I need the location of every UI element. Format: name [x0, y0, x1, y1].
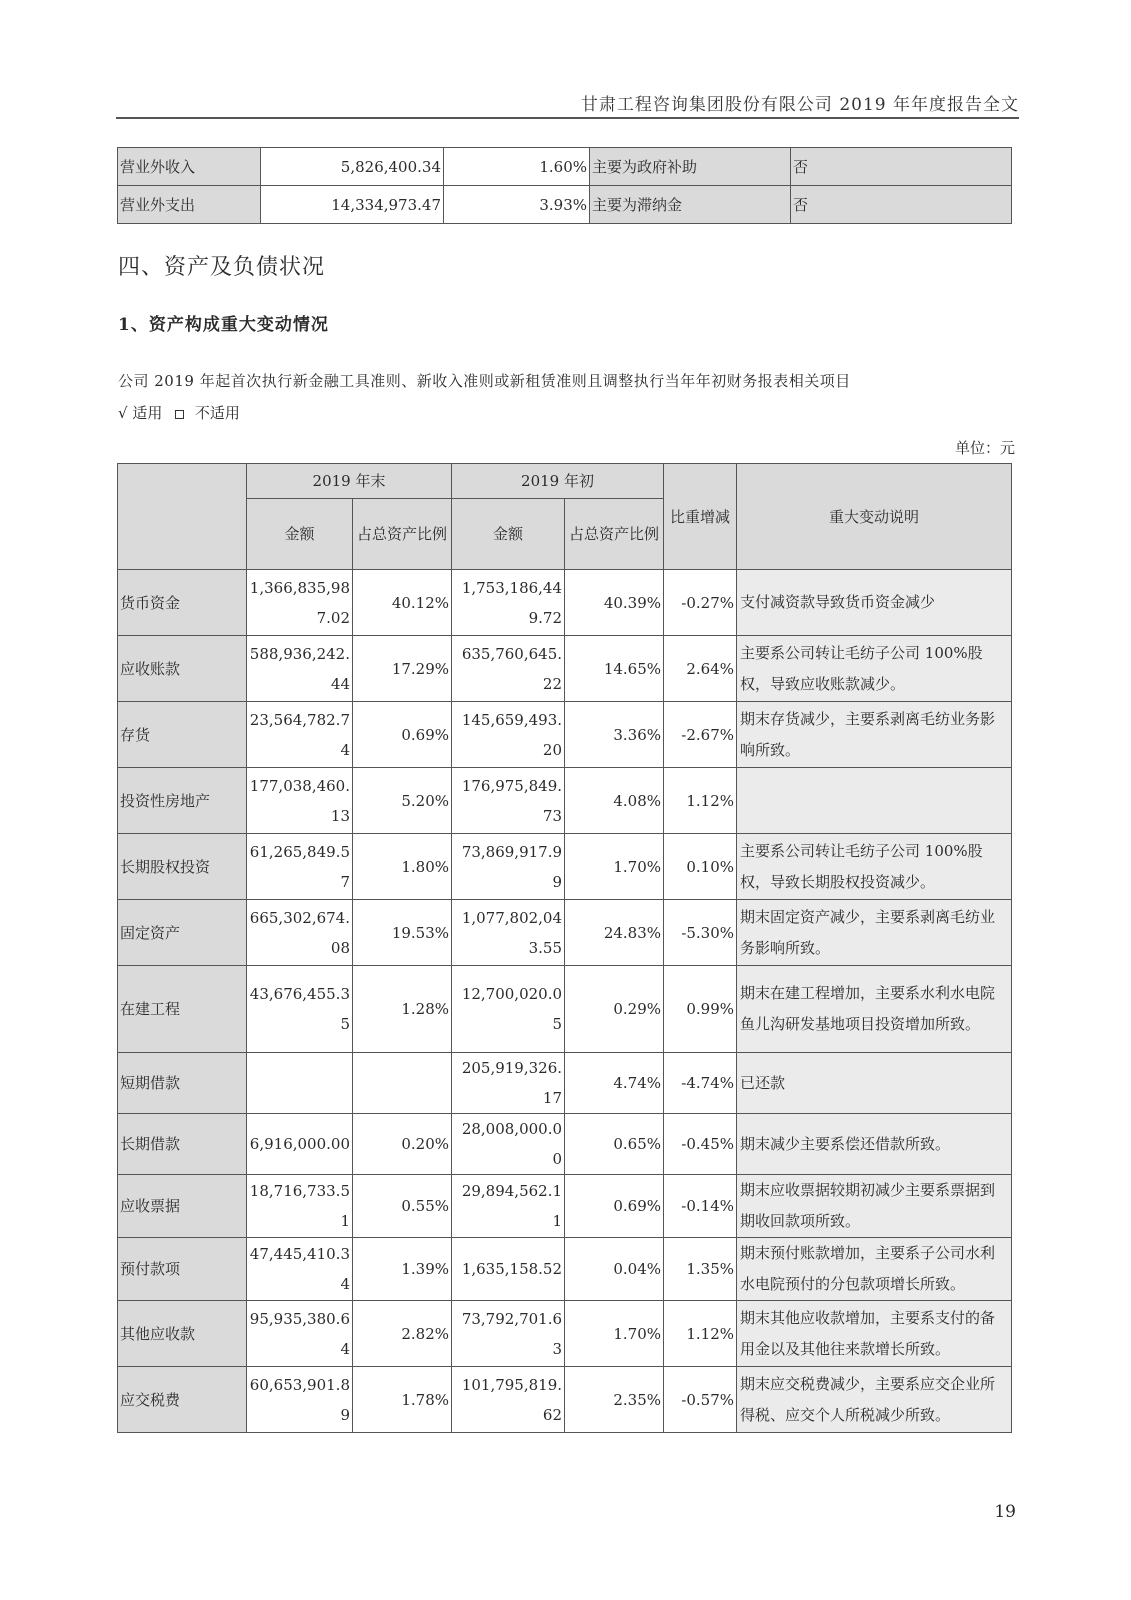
unit-label: 单位：元: [955, 437, 1015, 458]
description-cell: 期末其他应收款增加，主要系支付的备用金以及其他往来款增长所致。: [737, 1301, 1012, 1367]
row-label: 应收账款: [118, 636, 247, 702]
start-amount-cell: 1,635,158.52: [452, 1238, 565, 1301]
change-cell: 1.12%: [664, 768, 737, 834]
change-cell: 0.99%: [664, 966, 737, 1053]
table-row: 应收票据18,716,733.510.55%29,894,562.110.69%…: [118, 1175, 1012, 1238]
empty-checkbox-icon: [175, 410, 184, 419]
table-row: 应收账款588,936,242.4417.29%635,760,645.2214…: [118, 636, 1012, 702]
end-amount-cell: [247, 1053, 353, 1114]
start-ratio-cell: 0.29%: [565, 966, 664, 1053]
non-operating-table: 营业外收入 5,826,400.34 1.60% 主要为政府补助 否 营业外支出…: [117, 147, 1012, 224]
table-row: 短期借款205,919,326.174.74%-4.74%已还款: [118, 1053, 1012, 1114]
table-row: 在建工程43,676,455.351.28%12,700,020.050.29%…: [118, 966, 1012, 1053]
change-cell: 0.10%: [664, 834, 737, 900]
description-cell: 期末固定资产减少，主要系剥离毛纺业务影响所致。: [737, 900, 1012, 966]
row-label: 货币资金: [118, 570, 247, 636]
table-row: 预付款项47,445,410.341.39%1,635,158.520.04%1…: [118, 1238, 1012, 1301]
row-label: 存货: [118, 702, 247, 768]
start-amount-cell: 1,753,186,449.72: [452, 570, 565, 636]
start-ratio-cell: 0.69%: [565, 1175, 664, 1238]
description-cell: 支付减资款导致货币资金减少: [737, 570, 1012, 636]
change-cell: -5.30%: [664, 900, 737, 966]
sustainable-cell: 否: [791, 186, 1012, 224]
row-label: 长期借款: [118, 1114, 247, 1175]
end-amount-cell: 1,366,835,987.02: [247, 570, 353, 636]
end-amount-cell: 60,653,901.89: [247, 1367, 353, 1433]
end-ratio-cell: 1.80%: [353, 834, 452, 900]
end-amount-cell: 6,916,000.00: [247, 1114, 353, 1175]
end-ratio-cell: 19.53%: [353, 900, 452, 966]
description-cell: 期末在建工程增加，主要系水利水电院鱼儿沟研发基地项目投资增加所致。: [737, 966, 1012, 1053]
row-label: 应收票据: [118, 1175, 247, 1238]
start-ratio-cell: 2.35%: [565, 1367, 664, 1433]
row-label: 在建工程: [118, 966, 247, 1053]
end-of-year-header: 2019 年末: [247, 464, 452, 499]
start-amount-cell: 29,894,562.11: [452, 1175, 565, 1238]
end-ratio-cell: 17.29%: [353, 636, 452, 702]
sustainable-cell: 否: [791, 148, 1012, 186]
applicability-options: √ 适用 不适用: [118, 402, 240, 423]
description-cell: 期末应交税费减少，主要系应交企业所得税、应交个人所税减少所致。: [737, 1367, 1012, 1433]
change-cell: -0.14%: [664, 1175, 737, 1238]
start-ratio-cell: 4.74%: [565, 1053, 664, 1114]
reason-cell: 主要为滞纳金: [590, 186, 791, 224]
start-amount-cell: 176,975,849.73: [452, 768, 565, 834]
end-ratio-cell: 5.20%: [353, 768, 452, 834]
start-amount-cell: 635,760,645.22: [452, 636, 565, 702]
end-amount-cell: 18,716,733.51: [247, 1175, 353, 1238]
page-header-title: 甘肃工程咨询集团股份有限公司 2019 年年度报告全文: [581, 90, 1019, 115]
start-amount-header: 金额: [452, 499, 565, 570]
page-number: 19: [994, 1502, 1016, 1522]
table-row: 长期股权投资61,265,849.571.80%73,869,917.991.7…: [118, 834, 1012, 900]
amount-cell: 5,826,400.34: [261, 148, 444, 186]
start-amount-cell: 28,008,000.00: [452, 1114, 565, 1175]
description-cell: 期末预付账款增加，主要系子公司水利水电院预付的分包款项增长所致。: [737, 1238, 1012, 1301]
asset-composition-table: 2019 年末 2019 年初 比重增减 重大变动说明 金额 占总资产比例 金额…: [117, 463, 1012, 1433]
description-header: 重大变动说明: [737, 464, 1012, 570]
change-cell: -0.27%: [664, 570, 737, 636]
row-label: 固定资产: [118, 900, 247, 966]
end-amount-cell: 47,445,410.34: [247, 1238, 353, 1301]
start-amount-cell: 12,700,020.05: [452, 966, 565, 1053]
table-row: 应交税费60,653,901.891.78%101,795,819.622.35…: [118, 1367, 1012, 1433]
start-ratio-cell: 0.04%: [565, 1238, 664, 1301]
table-row: 营业外支出 14,334,973.47 3.93% 主要为滞纳金 否: [118, 186, 1012, 224]
start-ratio-cell: 40.39%: [565, 570, 664, 636]
change-cell: -0.57%: [664, 1367, 737, 1433]
header-row: 2019 年末 2019 年初 比重增减 重大变动说明: [118, 464, 1012, 499]
row-label: 短期借款: [118, 1053, 247, 1114]
row-label: 应交税费: [118, 1367, 247, 1433]
row-label: 营业外支出: [118, 186, 261, 224]
not-applicable-label: 不适用: [195, 404, 240, 422]
subsection-heading: 1、资产构成重大变动情况: [118, 310, 329, 335]
end-amount-cell: 177,038,460.13: [247, 768, 353, 834]
row-label: 营业外收入: [118, 148, 261, 186]
end-amount-cell: 588,936,242.44: [247, 636, 353, 702]
end-ratio-cell: 1.28%: [353, 966, 452, 1053]
end-ratio-cell: 0.69%: [353, 702, 452, 768]
row-label: 投资性房地产: [118, 768, 247, 834]
end-ratio-header: 占总资产比例: [353, 499, 452, 570]
section-heading: 四、资产及负债状况: [118, 250, 325, 281]
end-ratio-cell: 1.78%: [353, 1367, 452, 1433]
change-cell: -0.45%: [664, 1114, 737, 1175]
end-ratio-cell: 2.82%: [353, 1301, 452, 1367]
ratio-cell: 1.60%: [444, 148, 590, 186]
start-amount-cell: 1,077,802,043.55: [452, 900, 565, 966]
change-cell: 1.12%: [664, 1301, 737, 1367]
end-amount-cell: 23,564,782.74: [247, 702, 353, 768]
change-cell: -4.74%: [664, 1053, 737, 1114]
amount-cell: 14,334,973.47: [261, 186, 444, 224]
end-amount-cell: 61,265,849.57: [247, 834, 353, 900]
table-row: 长期借款6,916,000.000.20%28,008,000.000.65%-…: [118, 1114, 1012, 1175]
end-amount-cell: 665,302,674.08: [247, 900, 353, 966]
item-header: [118, 464, 247, 570]
change-cell: -2.67%: [664, 702, 737, 768]
start-ratio-cell: 4.08%: [565, 768, 664, 834]
row-label: 长期股权投资: [118, 834, 247, 900]
description-cell: 已还款: [737, 1053, 1012, 1114]
ratio-cell: 3.93%: [444, 186, 590, 224]
description-cell: [737, 768, 1012, 834]
start-ratio-cell: 1.70%: [565, 1301, 664, 1367]
end-ratio-cell: 40.12%: [353, 570, 452, 636]
start-of-year-header: 2019 年初: [452, 464, 664, 499]
description-cell: 期末减少主要系偿还借款所致。: [737, 1114, 1012, 1175]
start-amount-cell: 73,792,701.63: [452, 1301, 565, 1367]
start-ratio-cell: 3.36%: [565, 702, 664, 768]
end-ratio-cell: 0.55%: [353, 1175, 452, 1238]
row-label: 其他应收款: [118, 1301, 247, 1367]
change-header: 比重增减: [664, 464, 737, 570]
start-ratio-header: 占总资产比例: [565, 499, 664, 570]
policy-paragraph: 公司 2019 年起首次执行新金融工具准则、新收入准则或新租赁准则且调整执行当年…: [118, 370, 851, 391]
end-amount-cell: 43,676,455.35: [247, 966, 353, 1053]
table-row: 固定资产665,302,674.0819.53%1,077,802,043.55…: [118, 900, 1012, 966]
end-ratio-cell: 1.39%: [353, 1238, 452, 1301]
end-ratio-cell: [353, 1053, 452, 1114]
header-divider: [116, 117, 1019, 119]
description-cell: 期末存货减少，主要系剥离毛纺业务影响所致。: [737, 702, 1012, 768]
change-cell: 1.35%: [664, 1238, 737, 1301]
applicable-label: 适用: [132, 404, 162, 422]
end-amount-cell: 95,935,380.64: [247, 1301, 353, 1367]
table-row: 货币资金1,366,835,987.0240.12%1,753,186,449.…: [118, 570, 1012, 636]
check-mark-icon: √: [118, 404, 128, 422]
start-amount-cell: 145,659,493.20: [452, 702, 565, 768]
end-amount-header: 金额: [247, 499, 353, 570]
table-row: 其他应收款95,935,380.642.82%73,792,701.631.70…: [118, 1301, 1012, 1367]
row-label: 预付款项: [118, 1238, 247, 1301]
description-cell: 期末应收票据较期初减少主要系票据到期收回款项所致。: [737, 1175, 1012, 1238]
table-row: 存货23,564,782.740.69%145,659,493.203.36%-…: [118, 702, 1012, 768]
start-amount-cell: 73,869,917.99: [452, 834, 565, 900]
table-row: 投资性房地产177,038,460.135.20%176,975,849.734…: [118, 768, 1012, 834]
start-ratio-cell: 0.65%: [565, 1114, 664, 1175]
start-ratio-cell: 14.65%: [565, 636, 664, 702]
table-row: 营业外收入 5,826,400.34 1.60% 主要为政府补助 否: [118, 148, 1012, 186]
start-amount-cell: 205,919,326.17: [452, 1053, 565, 1114]
change-cell: 2.64%: [664, 636, 737, 702]
start-ratio-cell: 24.83%: [565, 900, 664, 966]
description-cell: 主要系公司转让毛纺子公司 100%股权，导致长期股权投资减少。: [737, 834, 1012, 900]
reason-cell: 主要为政府补助: [590, 148, 791, 186]
end-ratio-cell: 0.20%: [353, 1114, 452, 1175]
start-amount-cell: 101,795,819.62: [452, 1367, 565, 1433]
description-cell: 主要系公司转让毛纺子公司 100%股权，导致应收账款减少。: [737, 636, 1012, 702]
start-ratio-cell: 1.70%: [565, 834, 664, 900]
